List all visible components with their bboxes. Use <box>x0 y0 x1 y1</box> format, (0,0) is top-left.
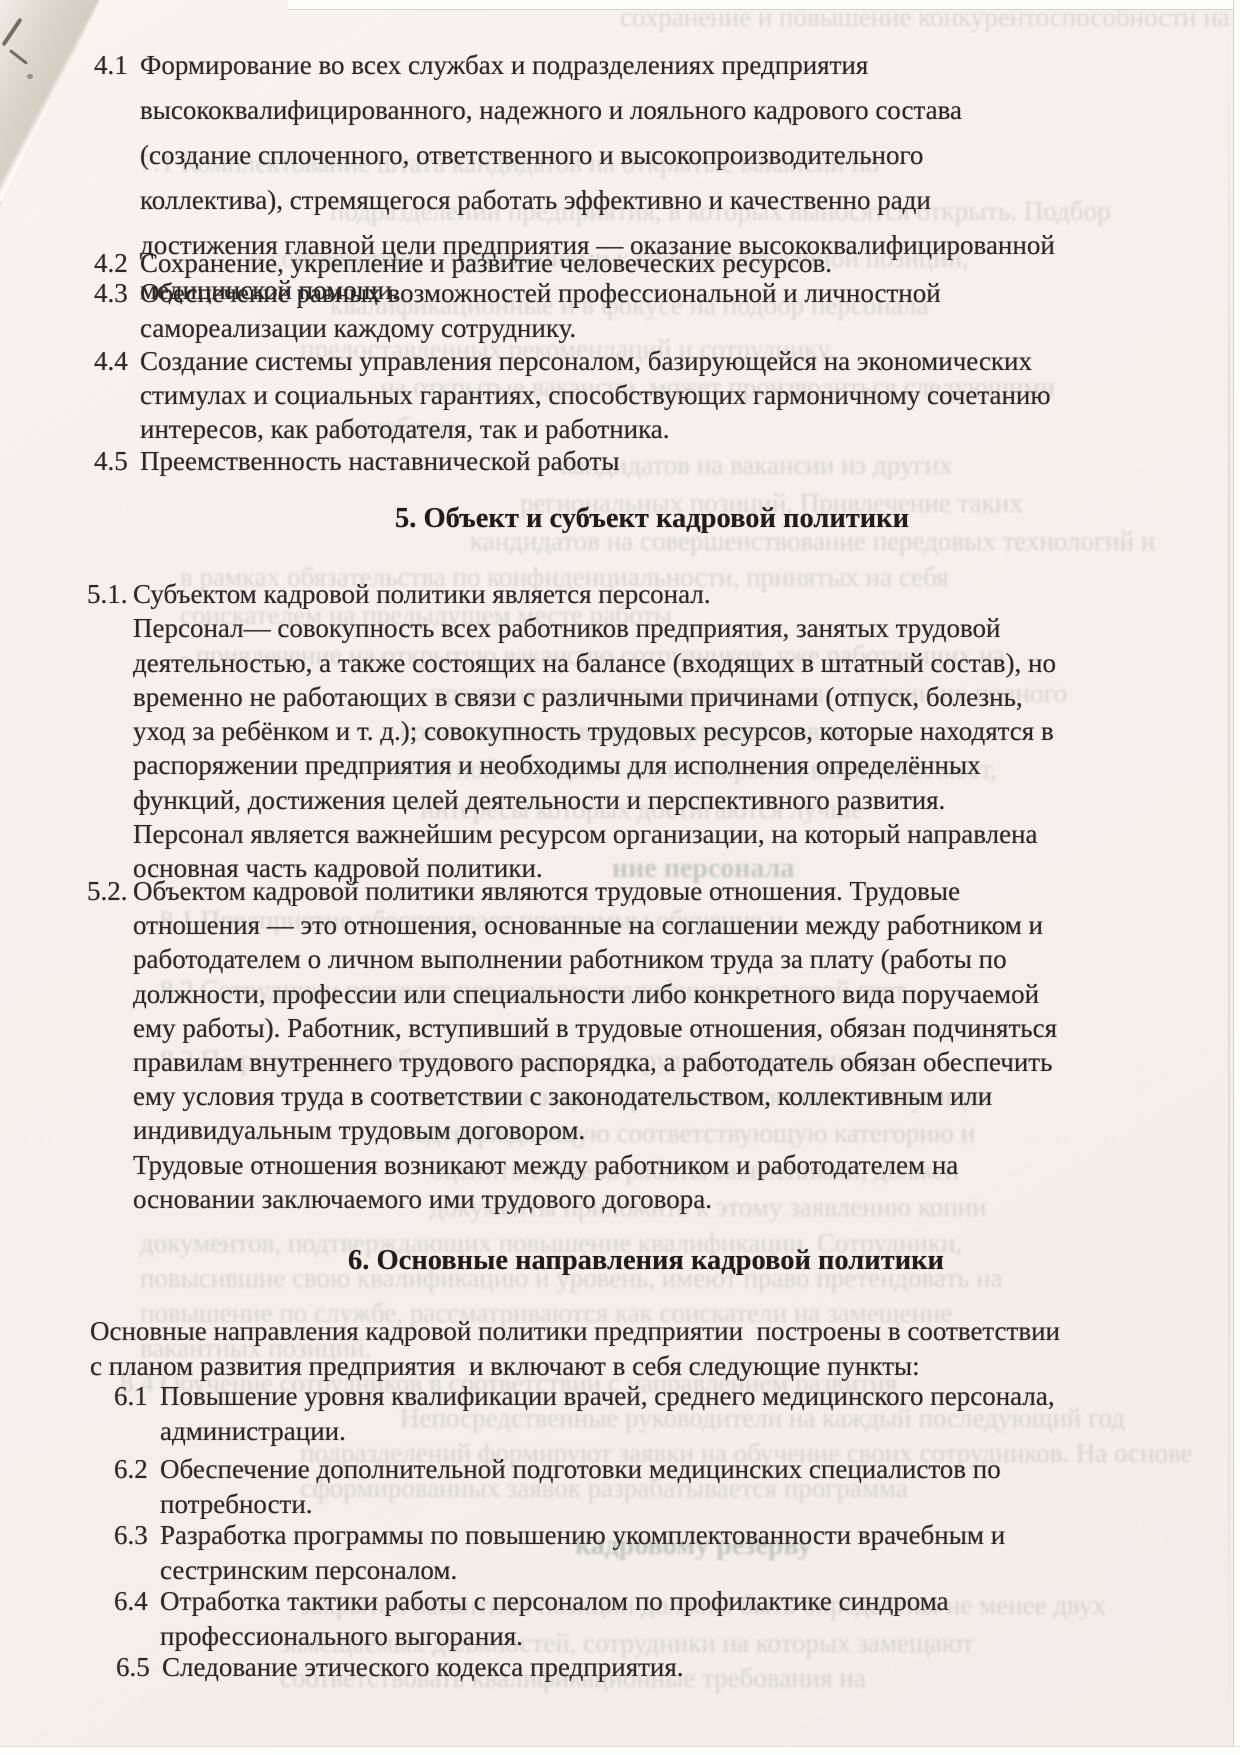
item-number: 6.4 <box>114 1584 148 1619</box>
item-text: Обеспечение равных возможностей професси… <box>140 276 941 346</box>
policy-item-6-5: 6.5Следование этического кодекса предпри… <box>162 1650 684 1685</box>
section-heading-6: 6. Основные направления кадровой политик… <box>26 1245 1240 1277</box>
item-text: Следование этического кодекса предприяти… <box>162 1650 684 1685</box>
item-text: Повышение уровня квалификации врачей, ср… <box>160 1379 1055 1449</box>
item-number: 4.2 <box>94 246 128 280</box>
policy-item-6-3: 6.3Разработка программы по повышению уко… <box>160 1518 1005 1588</box>
item-number: 6.5 <box>116 1650 150 1685</box>
item-text: Создание системы управления персоналом, … <box>140 344 1051 446</box>
section-6-intro: Основные направления кадровой политики п… <box>90 1314 1060 1384</box>
policy-item-6-1: 6.1Повышение уровня квалификации врачей,… <box>160 1379 1055 1449</box>
item-text: Обеспечение дополнительной подготовки ме… <box>160 1452 1001 1522</box>
scanned-document-page: { "document": { "language": "ru", "secti… <box>0 0 1240 1755</box>
policy-item-5-1: 5.1.Субъектом кадровой политики является… <box>133 577 1056 886</box>
item-number: 5.2. <box>87 874 128 908</box>
paper-crease-right <box>1228 0 1230 1755</box>
scanner-edge-top <box>288 0 1240 9</box>
item-text: Объектом кадровой политики являются труд… <box>133 874 1057 1216</box>
policy-item-5-2: 5.2.Объектом кадровой политики являются … <box>133 874 1057 1216</box>
section-heading-5: 5. Объект и субъект кадровой политики <box>32 503 1240 535</box>
policy-item-4-5: 4.5Преемственность наставнической работы <box>140 444 619 478</box>
pen-mark <box>27 74 33 79</box>
item-number: 4.3 <box>94 276 128 311</box>
item-number: 5.1. <box>87 577 128 611</box>
item-number: 4.5 <box>94 444 128 478</box>
scanner-edge-bottom <box>0 1746 1240 1755</box>
item-number: 4.1 <box>94 43 128 88</box>
item-number: 6.2 <box>114 1452 148 1487</box>
policy-item-6-2: 6.2Обеспечение дополнительной подготовки… <box>160 1452 1001 1522</box>
scanner-edge-right <box>1233 0 1240 1755</box>
item-number: 4.4 <box>94 344 128 378</box>
policy-item-4-3: 4.3Обеспечение равных возможностей профе… <box>140 276 941 346</box>
policy-item-4-4: 4.4Создание системы управления персонало… <box>140 344 1051 446</box>
intro-text: Основные направления кадровой политики п… <box>90 1314 1060 1384</box>
item-text: Отработка тактики работы с персоналом по… <box>160 1584 949 1654</box>
item-text: Разработка программы по повышению укомпл… <box>160 1518 1005 1588</box>
item-text: Преемственность наставнической работы <box>140 444 619 478</box>
item-text: Субъектом кадровой политики является пер… <box>133 577 1056 886</box>
item-number: 6.1 <box>114 1379 148 1414</box>
item-number: 6.3 <box>114 1518 148 1553</box>
policy-item-6-4: 6.4Отработка тактики работы с персоналом… <box>160 1584 949 1654</box>
policy-item-4-2: 4.2Сохранение, укрепление и развитие чел… <box>140 246 832 280</box>
item-text: Сохранение, укрепление и развитие челове… <box>140 246 832 280</box>
